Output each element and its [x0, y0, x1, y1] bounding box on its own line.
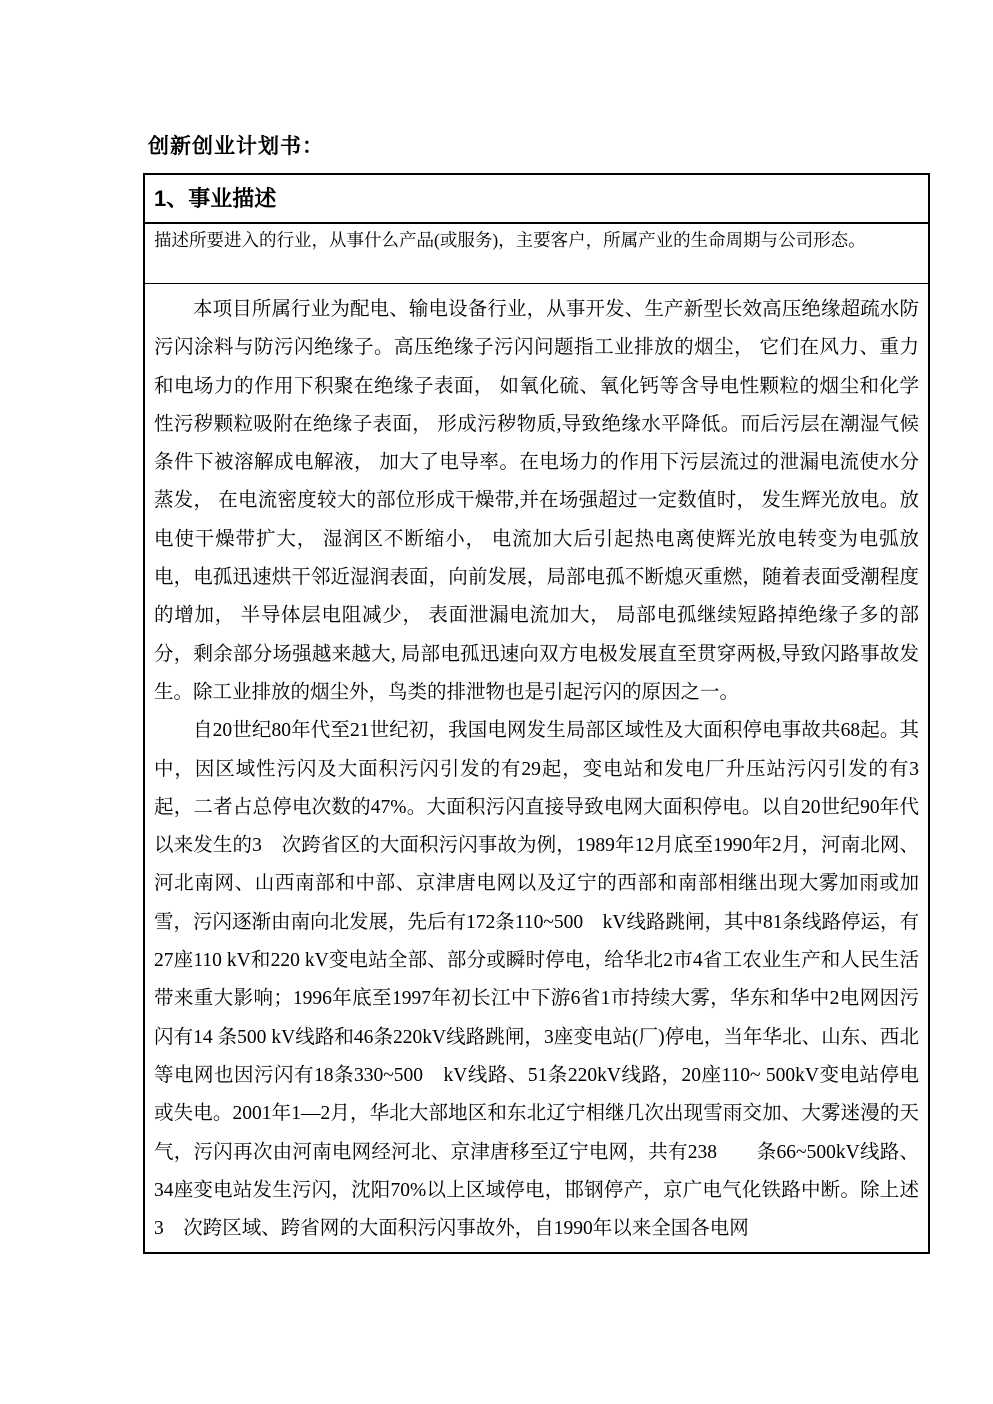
body-paragraph-1: 本项目所属行业为配电、输电设备行业，从事开发、生产新型长效高压绝缘超疏水防污闪涂… [154, 291, 919, 712]
section-header: 1、事业描述 [145, 175, 928, 224]
document-title: 创新创业计划书： [148, 130, 324, 160]
body-paragraph-2: 自20世纪80年代至21世纪初，我国电网发生局部区域性及大面积停电事故共68起。… [154, 712, 919, 1248]
business-plan-table: 1、事业描述 描述所要进入的行业，从事什么产品(或服务)，主要客户，所属产业的生… [143, 173, 930, 1254]
document-page: 创新创业计划书： 1、事业描述 描述所要进入的行业，从事什么产品(或服务)，主要… [0, 0, 993, 1404]
section-description: 描述所要进入的行业，从事什么产品(或服务)，主要客户，所属产业的生命周期与公司形… [145, 224, 928, 284]
section-body: 本项目所属行业为配电、输电设备行业，从事开发、生产新型长效高压绝缘超疏水防污闪涂… [145, 284, 928, 1252]
